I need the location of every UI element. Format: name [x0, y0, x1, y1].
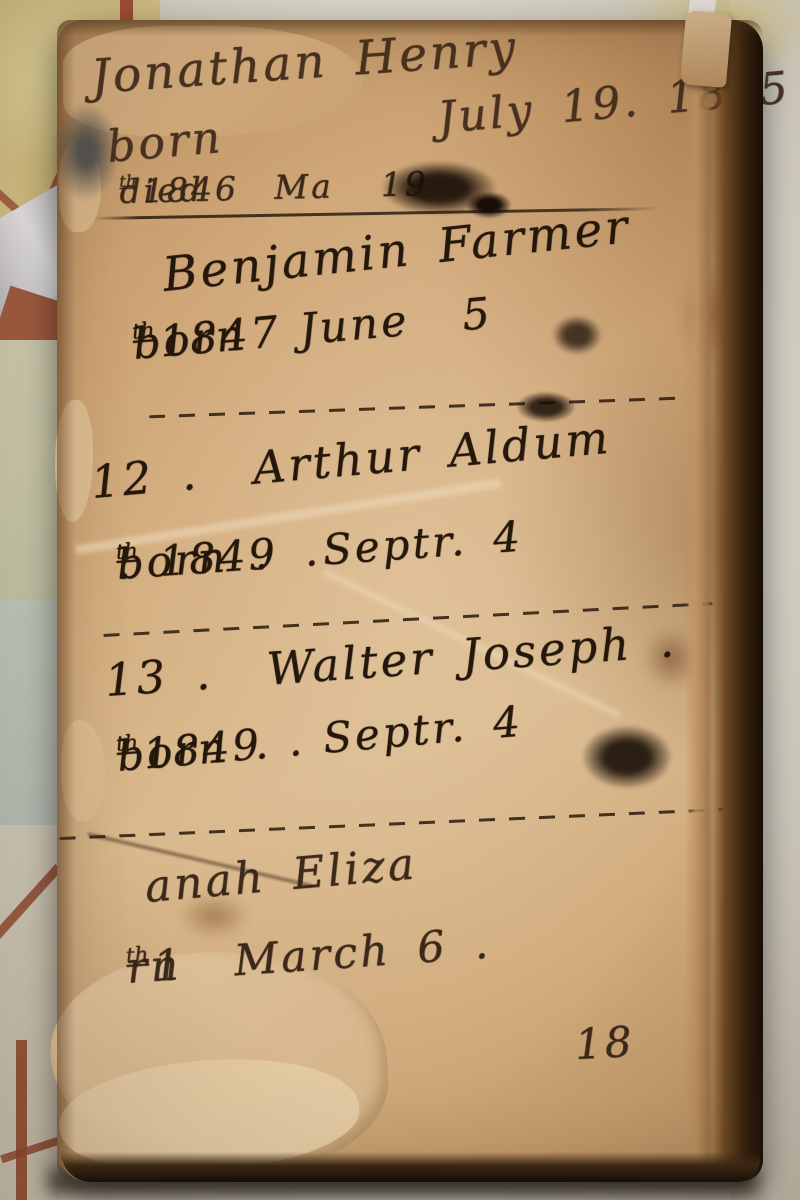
photo-of-bible-register: Jonathan Henry born July 19. 1845 died M…: [0, 0, 800, 1200]
ink-blot: [583, 726, 671, 788]
ink-divider: [59, 807, 748, 840]
born-year: 1: [125, 940, 185, 994]
floor-grout-line: [16, 1040, 27, 1200]
died-year: 1846: [119, 169, 239, 211]
book-top-edge: [57, 20, 763, 36]
entry-5-year-fragment: 18: [574, 1017, 636, 1069]
torn-corner-tab: [680, 10, 732, 88]
ink-blot: [553, 316, 601, 354]
born-year: 1847: [131, 307, 283, 370]
book-bottom-edge: [61, 1152, 760, 1182]
bible-book: Jonathan Henry born July 19. 1845 died M…: [57, 20, 763, 1182]
entry-5-name-line: anah Eliza: [143, 838, 419, 913]
book-left-edge: [57, 20, 75, 1182]
floor-tile-green: [0, 340, 60, 605]
book-spine-edge: [707, 20, 763, 1182]
floor-tile-bluegray: [0, 600, 58, 830]
entry-4-name-line: 13 . Walter Joseph .: [103, 614, 678, 707]
born-year: 1849 .: [115, 716, 307, 781]
entry-3-name-line: 12 . Arthur Aldum: [89, 411, 613, 509]
